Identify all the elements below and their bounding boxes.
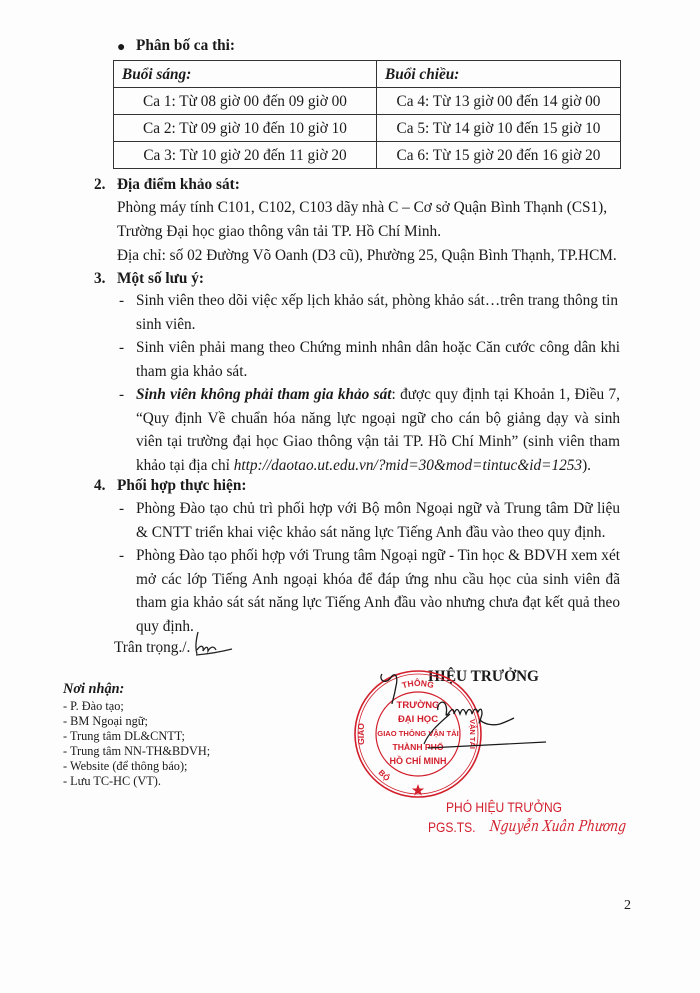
section-3-title: Một số lưu ý: [117,269,204,288]
regulation-link[interactable]: http://daotao.ut.edu.vn/?mid=30&mod=tint… [234,457,582,474]
vice-principal-degree: PGS.TS. [428,819,476,835]
recipients-title: Nơi nhận: [63,681,124,698]
schedule-table: Buổi sáng: Buổi chiều: Ca 1: Từ 08 giờ 0… [113,60,621,169]
dash-marker: - [119,499,124,518]
dash-marker: - [119,291,124,310]
address-line: Địa chỉ: số 02 Đường Võ Oanh (D3 cũ), Ph… [117,246,617,265]
session-cell: Ca 5: Từ 14 giờ 10 đến 15 giờ 10 [377,115,621,142]
location-line: Phòng máy tính C101, C102, C103 dãy nhà … [117,198,607,217]
table-row: Ca 2: Từ 09 giờ 10 đến 10 giờ 10 Ca 5: T… [114,115,621,142]
closing-text: Trân trọng./. [114,638,190,657]
exempt-emphasis: Sinh viên không phải tham gia khảo sát [136,386,392,403]
recipient-item: - BM Ngoại ngữ; [63,714,148,729]
table-row: Ca 3: Từ 10 giờ 20 đến 11 giờ 20 Ca 6: T… [114,142,621,169]
recipient-item: - Lưu TC-HC (VT). [63,774,161,789]
afternoon-header: Buổi chiều: [377,61,621,88]
section-4-number: 4. [94,476,105,495]
table-header-row: Buổi sáng: Buổi chiều: [114,61,621,88]
session-cell: Ca 6: Từ 15 giờ 20 đến 16 giờ 20 [377,142,621,169]
handwritten-signature-icon [368,664,548,774]
morning-header: Buổi sáng: [114,61,377,88]
section-2-number: 2. [94,175,105,194]
dash-marker: - [119,385,124,404]
initial-signature-icon [192,628,234,658]
recipient-item: - Trung tâm NN-TH&BDVH; [63,744,210,759]
location-line: Trường Đại học giao thông vân tải TP. Hồ… [117,222,441,241]
vice-principal-title: PHÓ HIỆU TRƯỞNG [446,799,562,815]
coordination-item: Phòng Đào tạo chủ trì phối hợp với Bộ mô… [136,497,620,544]
section-3-number: 3. [94,269,105,288]
bullet-icon: ● [117,40,125,56]
section-2-title: Địa điểm khảo sát: [117,175,240,194]
vice-principal-name: Nguyễn Xuân Phương [489,817,627,835]
note-item: Sinh viên theo dõi việc xếp lịch khảo sá… [136,289,618,336]
recipient-item: - Trung tâm DL&CNTT; [63,729,185,744]
session-cell: Ca 1: Từ 08 giờ 00 đến 09 giờ 00 [114,88,377,115]
session-cell: Ca 4: Từ 13 giờ 00 đến 14 giờ 00 [377,88,621,115]
schedule-heading: Phân bố ca thi: [136,36,235,55]
session-cell: Ca 3: Từ 10 giờ 20 đến 11 giờ 20 [114,142,377,169]
dash-marker: - [119,338,124,357]
coordination-item: Phòng Đào tạo phối hợp với Trung tâm Ngo… [136,544,620,638]
note-item-exempt: Sinh viên không phải tham gia khảo sát: … [136,383,620,477]
note-item: Sinh viên phải mang theo Chứng minh nhân… [136,336,620,383]
page-number: 2 [624,898,631,914]
exempt-tail: ). [582,457,591,474]
dash-marker: - [119,546,124,565]
recipient-item: - P. Đào tạo; [63,699,124,714]
session-cell: Ca 2: Từ 09 giờ 10 đến 10 giờ 10 [114,115,377,142]
section-4-title: Phối hợp thực hiện: [117,476,246,495]
recipient-item: - Website (để thông báo); [63,759,187,774]
stamp-outer-left: GIAO [356,723,366,745]
table-row: Ca 1: Từ 08 giờ 00 đến 09 giờ 00 Ca 4: T… [114,88,621,115]
